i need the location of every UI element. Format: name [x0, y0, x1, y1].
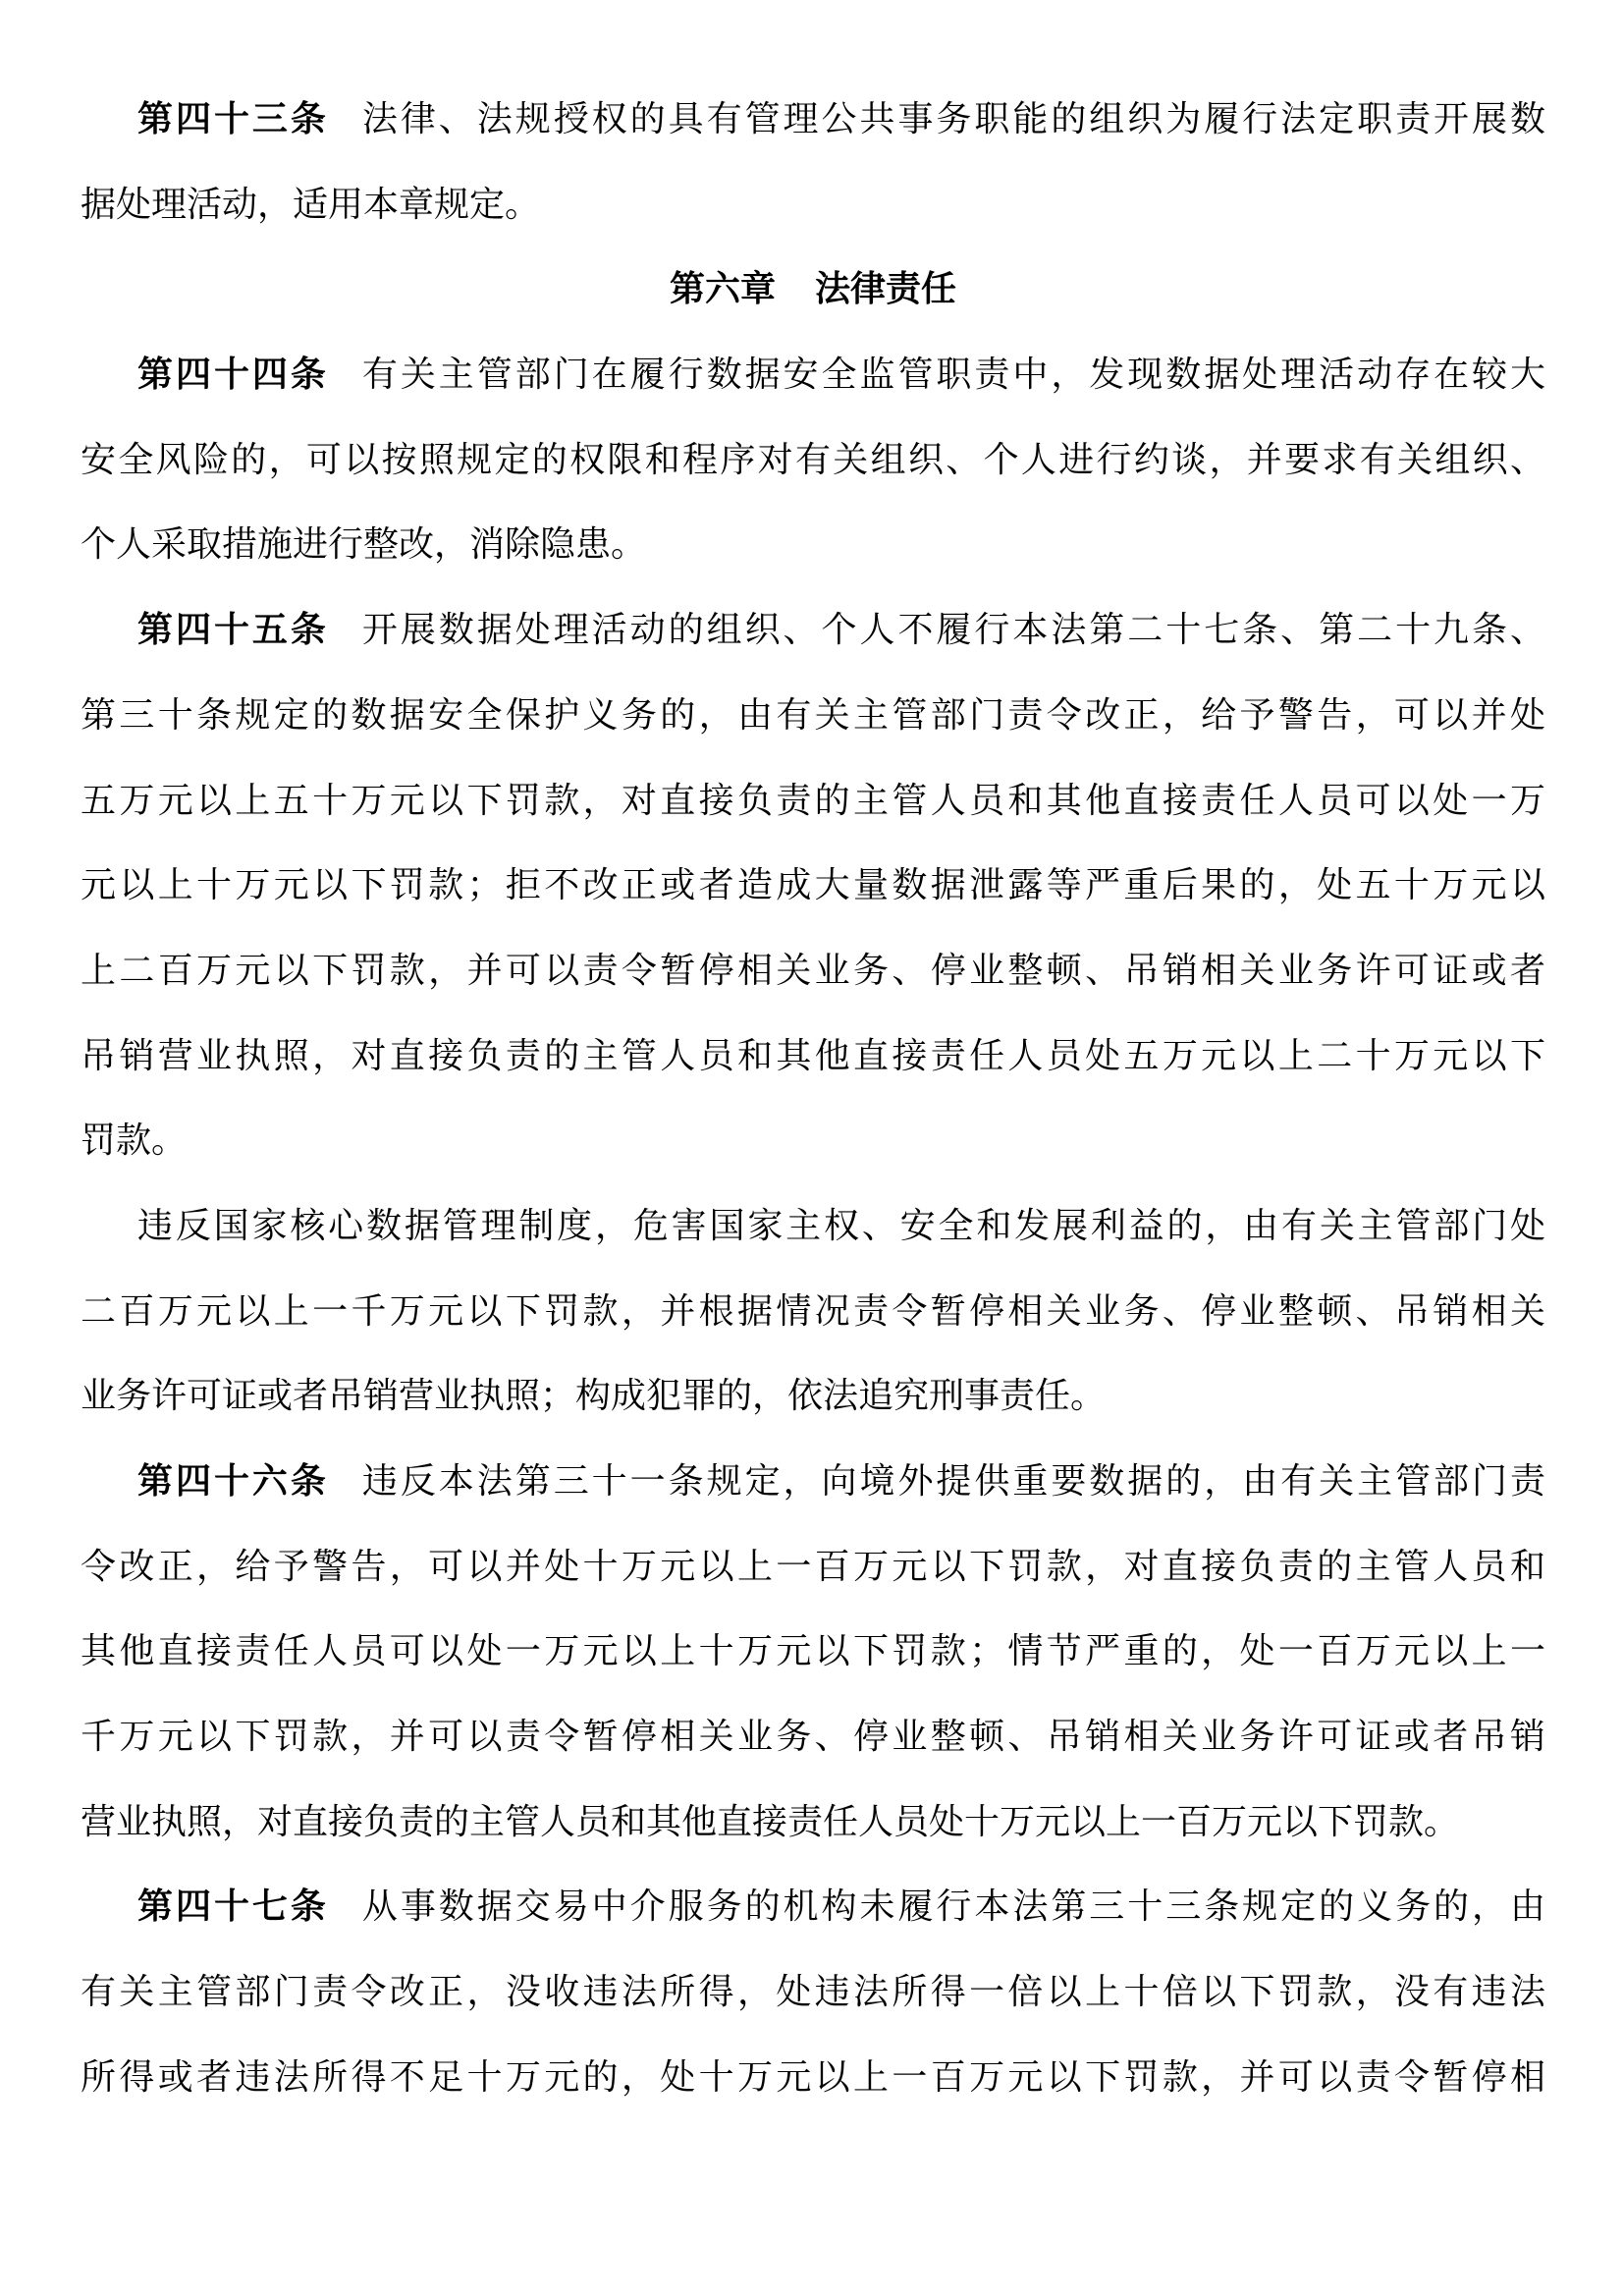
article-47: 第四十七条从事数据交易中介服务的机构未履行本法第三十三条规定的义务的，由 有关主…	[81, 1882, 1545, 2137]
article-43: 第四十三条法律、法规授权的具有管理公共事务职能的组织为履行法定职责开展数 据处理…	[81, 94, 1545, 264]
document-page: 第四十三条法律、法规授权的具有管理公共事务职能的组织为履行法定职责开展数 据处理…	[81, 94, 1545, 2138]
article-label: 第四十五条	[137, 610, 329, 650]
article-text: 有关主管部门在履行数据安全监管职责中，发现数据处理活动存在较大	[362, 355, 1545, 395]
paragraph-line: 第三十条规定的数据安全保护义务的，由有关主管部门责令改正，给予警告，可以并处	[81, 690, 1545, 776]
paragraph-line: 有关主管部门责令改正，没收违法所得，处违法所得一倍以上十倍以下罚款，没有违法	[81, 1967, 1545, 2052]
paragraph-line: 五万元以上五十万元以下罚款，对直接负责的主管人员和其他直接责任人员可以处一万	[81, 776, 1545, 861]
paragraph-line: 令改正，给予警告，可以并处十万元以上一百万元以下罚款，对直接负责的主管人员和	[81, 1542, 1545, 1627]
article-label: 第四十六条	[137, 1461, 329, 1502]
paragraph-line: 第四十七条从事数据交易中介服务的机构未履行本法第三十三条规定的义务的，由	[81, 1882, 1545, 1967]
paragraph-line: 吊销营业执照，对直接负责的主管人员和其他直接责任人员处五万元以上二十万元以下	[81, 1031, 1545, 1117]
paragraph-line: 千万元以下罚款，并可以责令暂停相关业务、停业整顿、吊销相关业务许可证或者吊销	[81, 1712, 1545, 1797]
paragraph-line: 据处理活动，适用本章规定。	[81, 180, 1545, 265]
paragraph-line: 上二百万元以下罚款，并可以责令暂停相关业务、停业整顿、吊销相关业务许可证或者	[81, 946, 1545, 1031]
paragraph-line: 第四十三条法律、法规授权的具有管理公共事务职能的组织为履行法定职责开展数	[81, 94, 1545, 180]
chapter-heading: 第六章法律责任	[81, 264, 1545, 350]
paragraph-line: 罚款。	[81, 1116, 1545, 1201]
paragraph-line: 个人采取措施进行整改，消除隐患。	[81, 519, 1545, 605]
article-label: 第四十三条	[137, 99, 329, 139]
article-label: 第四十四条	[137, 355, 329, 395]
article-text: 法律、法规授权的具有管理公共事务职能的组织为履行法定职责开展数	[362, 99, 1545, 139]
paragraph-line: 第四十六条违反本法第三十一条规定，向境外提供重要数据的，由有关主管部门责	[81, 1456, 1545, 1542]
paragraph-line: 第四十五条开展数据处理活动的组织、个人不履行本法第二十七条、第二十九条、	[81, 605, 1545, 690]
paragraph-line: 第四十四条有关主管部门在履行数据安全监管职责中，发现数据处理活动存在较大	[81, 350, 1545, 435]
article-text: 从事数据交易中介服务的机构未履行本法第三十三条规定的义务的，由	[362, 1886, 1545, 1927]
paragraph-line: 业务许可证或者吊销营业执照；构成犯罪的，依法追究刑事责任。	[81, 1371, 1545, 1456]
paragraph-line: 营业执照，对直接负责的主管人员和其他直接责任人员处十万元以上一百万元以下罚款。	[81, 1797, 1545, 1883]
chapter-number: 第六章	[670, 269, 776, 309]
article-44: 第四十四条有关主管部门在履行数据安全监管职责中，发现数据处理活动存在较大 安全风…	[81, 350, 1545, 605]
paragraph-line: 元以上十万元以下罚款；拒不改正或者造成大量数据泄露等严重后果的，处五十万元以	[81, 860, 1545, 946]
article-label: 第四十七条	[137, 1886, 329, 1927]
article-text: 开展数据处理活动的组织、个人不履行本法第二十七条、第二十九条、	[362, 610, 1545, 650]
paragraph-line: 所得或者违法所得不足十万元的，处十万元以上一百万元以下罚款，并可以责令暂停相	[81, 2052, 1545, 2138]
paragraph-line: 二百万元以上一千万元以下罚款，并根据情况责令暂停相关业务、停业整顿、吊销相关	[81, 1286, 1545, 1372]
article-46: 第四十六条违反本法第三十一条规定，向境外提供重要数据的，由有关主管部门责 令改正…	[81, 1456, 1545, 1882]
article-text: 违反本法第三十一条规定，向境外提供重要数据的，由有关主管部门责	[362, 1461, 1545, 1502]
chapter-title: 法律责任	[815, 269, 956, 309]
paragraph-line: 其他直接责任人员可以处一万元以上十万元以下罚款；情节严重的，处一百万元以上一	[81, 1626, 1545, 1712]
paragraph-line: 违反国家核心数据管理制度，危害国家主权、安全和发展利益的，由有关主管部门处	[81, 1201, 1545, 1286]
article-45: 第四十五条开展数据处理活动的组织、个人不履行本法第二十七条、第二十九条、 第三十…	[81, 605, 1545, 1456]
paragraph-line: 安全风险的，可以按照规定的权限和程序对有关组织、个人进行约谈，并要求有关组织、	[81, 435, 1545, 520]
